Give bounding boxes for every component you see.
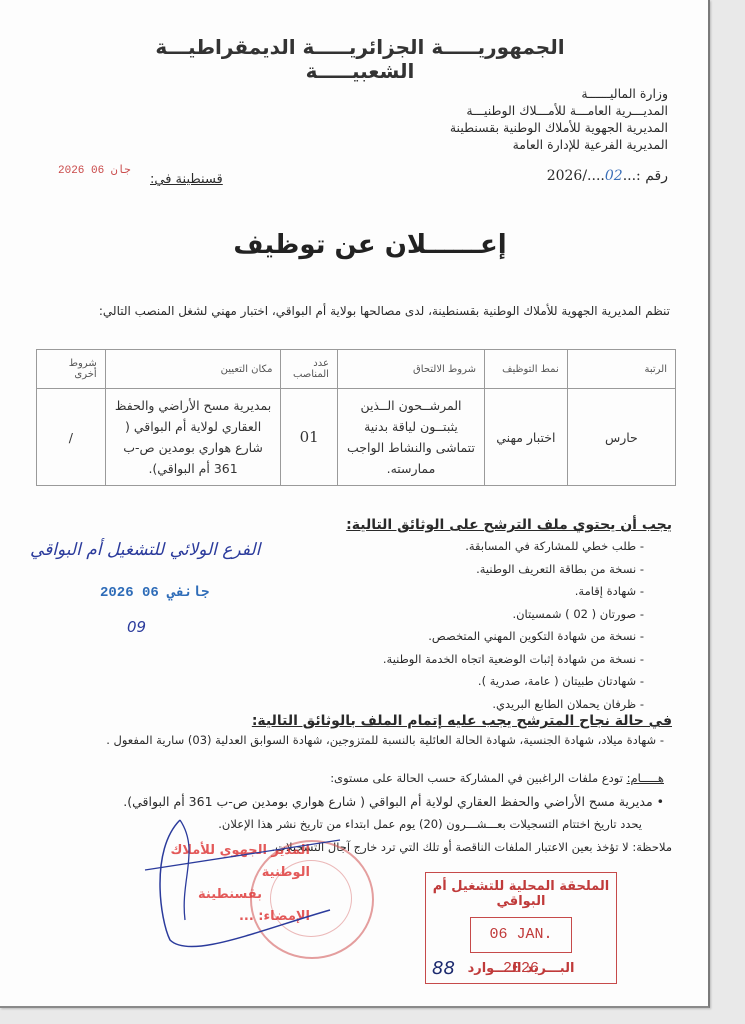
- col-other: شروط أخرى: [37, 350, 106, 389]
- cell-conditions: المرشــحون الــذين يثبتــون لياقة بدنية …: [337, 389, 484, 486]
- documents-list: طلب خطي للمشاركة في المسابقة. نسخة من بط…: [112, 535, 644, 715]
- success-heading: في حالة نجاح المترشح يجب عليه إتمام المل…: [22, 713, 672, 729]
- reference-number: رقم :...02..../2026: [547, 168, 668, 184]
- reception-handwritten-number: 88: [432, 958, 455, 979]
- cell-positions: 01: [281, 389, 338, 486]
- list-item: نسخة من شهادة إثبات الوضعية اتجاه الخدمة…: [112, 648, 644, 671]
- page-title: إعــــــلان عن توظيف: [180, 230, 560, 260]
- intro-paragraph: تنظم المديرية الجهوية للأملاك الوطنية بق…: [10, 304, 670, 318]
- list-item: نسخة من بطاقة التعريف الوطنية.: [112, 558, 644, 581]
- reception-stamp-office: الملحقة المحلية للتشغيل أم البواقي: [426, 879, 616, 909]
- list-item: صورتان ( 02 ) شمسيتان.: [112, 603, 644, 626]
- list-item: ظرفان يحملان الطابع البريدي.: [112, 693, 644, 716]
- city-date-label: قسنطينة في:: [150, 172, 223, 187]
- cell-grade: حارس: [567, 389, 675, 486]
- ministry-line: المديـــرية العامـــة للأمـــلاك الوطنيـ…: [368, 102, 668, 119]
- important-line: هـــــام: تودع ملفات الراغبين في المشارك…: [22, 767, 664, 790]
- col-conditions: شروط الالتحاق: [337, 350, 484, 389]
- ref-label: رقم :...: [623, 168, 668, 184]
- list-item: نسخة من شهادة التكوين المهني المتخصص.: [112, 625, 644, 648]
- handwritten-signature-icon: [140, 810, 370, 960]
- ref-handwritten-number: 02: [605, 168, 623, 184]
- important-bullet-text: مديرية مسح الأراضي والحفظ العقاري لولاية…: [123, 794, 652, 809]
- cell-mode: اختبار مهني: [484, 389, 567, 486]
- important-label: هـــــام:: [627, 771, 664, 785]
- table-row: حارس اختبار مهني المرشــحون الــذين يثبت…: [37, 389, 676, 486]
- handwritten-number: 09: [127, 618, 146, 636]
- ref-year: ..../2026: [547, 168, 605, 184]
- success-section: في حالة نجاح المترشح يجب عليه إتمام المل…: [22, 713, 672, 752]
- list-item: شهادة ميلاد، شهادة الجنسية، شهادة الحالة…: [22, 729, 664, 752]
- ministry-line: المديرية الجهوية للأملاك الوطنية بقسنطين…: [368, 119, 668, 136]
- cell-other: /: [37, 389, 106, 486]
- ministry-line: المديرية الفرعية للإدارة العامة: [368, 136, 668, 153]
- col-mode: نمط التوظيف: [484, 350, 567, 389]
- documents-heading: يجب أن يحتوي ملف الترشح على الوثائق التا…: [112, 517, 672, 533]
- col-location: مكان التعيين: [105, 350, 281, 389]
- list-item: شهادتان طبيتان ( عامة، صدرية ).: [112, 670, 644, 693]
- success-list: شهادة ميلاد، شهادة الجنسية، شهادة الحالة…: [22, 729, 664, 752]
- col-grade: الرتبة: [567, 350, 675, 389]
- ministry-line: وزارة الماليــــــة: [368, 85, 668, 102]
- cell-location: بمديرية مسح الأراضي والحفظ العقاري لولاي…: [105, 389, 281, 486]
- col-positions: عدد المناصب: [281, 350, 338, 389]
- handwritten-date-stamp: 2026 جانفي 06: [100, 584, 209, 601]
- reception-stamp: الملحقة المحلية للتشغيل أم البواقي 06 JA…: [425, 872, 617, 984]
- ministry-header: وزارة الماليــــــة المديـــرية العامـــ…: [368, 85, 668, 153]
- republic-heading: الجمهوريـــــة الجزائريـــــة الديمقراطي…: [130, 35, 590, 83]
- date-stamp-top: 2026 جان 06: [58, 163, 131, 177]
- important-text: تودع ملفات الراغبين في المشاركة حسب الحا…: [330, 771, 623, 785]
- handwritten-note: الفرع الولائي للتشغيل أم البواقي: [30, 540, 260, 560]
- document-page: الجمهوريـــــة الجزائريـــــة الديمقراطي…: [0, 0, 710, 1008]
- table-header-row: الرتبة نمط التوظيف شروط الالتحاق عدد الم…: [37, 350, 676, 389]
- positions-table: الرتبة نمط التوظيف شروط الالتحاق عدد الم…: [36, 349, 676, 486]
- reception-stamp-date: 06 JAN. 2026: [470, 917, 572, 953]
